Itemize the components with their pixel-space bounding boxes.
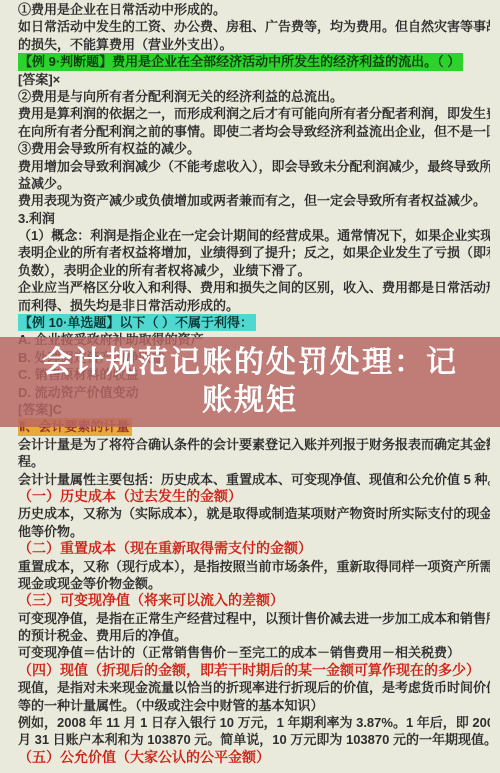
text-line: （三）可变现净值（将来可以流入的差额）	[18, 592, 490, 609]
text-line: 现值，是指对未来现金流量以恰当的折现率进行折现后的价值，是考虑货币时间价值因素	[18, 679, 490, 696]
text-line: （一）历史成本（过去发生的金额）	[18, 488, 490, 505]
text-line: 重置成本，又称（现行成本），是指按照当前市场条件，重新取得同样一项资产所需支付的	[18, 558, 490, 575]
text-line: （四）现值（折现后的金额，即若干时期后的某一金额可算作现在的多少）	[18, 662, 490, 679]
text-line: 益减少。	[18, 175, 490, 192]
text-line: [答案]×	[18, 71, 490, 88]
text-line: （五）公允价值（大家公认的公平金额）	[18, 749, 490, 766]
text-line: （1）概念：利润是指企业在一定会计期间的经营成果。通常情况下，如果企业实现了利润…	[18, 227, 490, 244]
text-line: 月 31 日账户本利和为 103870 元。简单说，10 万元即为 103870…	[18, 731, 490, 748]
text-line: 可变现净值＝估计的（正常销售售价－至完工的成本－销售费用－相关税费）	[18, 644, 490, 661]
text-line: 而利得、损失均是非日常活动形成的。	[18, 297, 490, 314]
text-line: 【例 10·单选题】以下（ ）不属于利得：	[18, 314, 490, 331]
text-line: 程。	[18, 453, 490, 470]
text-line: 的损失，不能算费用（营业外支出）。	[18, 36, 490, 53]
text-line: 在向所有者分配利润之前的事情。即使二者均会导致经济利益流出企业，但不是一回事。	[18, 123, 490, 140]
title-overlay: 会计规范记账的处罚处理：记 账规矩	[0, 337, 500, 427]
text-line: 费用表现为资产减少或负债增加或两者兼而有之，但一定会导致所有者权益减少。	[18, 192, 490, 209]
text-line: 费用是算利润的依据之一，而形成利润之后才有可能向所有者分配者利润，即发生费用是	[18, 105, 490, 122]
text-line: 现金或现金等价物金额。	[18, 575, 490, 592]
text-line: 例如，2008 年 11 月 1 日存入银行 10 万元，1 年期利率为 3.8…	[18, 714, 490, 731]
highlighted-text: 【例 10·单选题】以下（ ）不属于利得：	[18, 314, 256, 331]
overlay-title-line2: 账规矩	[202, 382, 298, 420]
text-line: 历史成本，又称为（实际成本），就是取得或制造某项财产物资时所实际支付的现金或者其	[18, 505, 490, 522]
text-line: 3.利润	[18, 210, 490, 227]
text-line: ①费用是企业在日常活动中形成的。	[18, 1, 490, 18]
text-line: 企业应当严格区分收入和利得、费用和损失之间的区别，收入、费用都是日常活动形成的，	[18, 279, 490, 296]
text-line: ③费用会导致所有权益的减少。	[18, 140, 490, 157]
text-line: 可变现净值，是指在正常生产经营过程中，以预计售价减去进一步加工成本和销售所必需	[18, 610, 490, 627]
text-line: （二）重置成本（现在重新取得需支付的金额）	[18, 540, 490, 557]
text-line: 会计计量属性主要包括：历史成本、重置成本、可变现净值、现值和公允价值 5 种。	[18, 471, 490, 488]
text-line: 的预计税金、费用后的净值。	[18, 627, 490, 644]
text-line: 等的一种计量属性。（中级或注会中财管的基本知识）	[18, 697, 490, 714]
text-line: 表明企业的所有者权益将增加，业绩得到了提升；反之，如果企业发生了亏损（即利润为	[18, 244, 490, 261]
overlay-title-line1: 会计规范记账的处罚处理：记	[42, 344, 458, 382]
text-line: ②费用是与向所有者分配利润无关的经济利益的总流出。	[18, 88, 490, 105]
text-line: 【例 9·判断题】费用是企业在全部经济活动中所发生的经济利益的流出。（ ）	[18, 53, 490, 70]
text-line: 如日常活动中发生的工资、办公费、房租、广告费等，均为费用。但自然灾害等事故造成	[18, 18, 490, 35]
highlighted-text: 【例 9·判断题】费用是企业在全部经济活动中所发生的经济利益的流出。（ ）	[18, 53, 463, 70]
document-page: ①费用是企业在日常活动中形成的。如日常活动中发生的工资、办公费、房租、广告费等，…	[0, 0, 500, 773]
text-line: 负数），表明企业的所有者权将减少，业绩下滑了。	[18, 262, 490, 279]
text-line: 他等价物。	[18, 523, 490, 540]
text-line: 费用增加会导致利润减少（不能考虑收入），即会导致未分配利润减少，最终导致所有者权	[18, 158, 490, 175]
text-line: 会计计量是为了将符合确认条件的会计要素登记入账并列报于财务报表而确定其金额的过	[18, 436, 490, 453]
